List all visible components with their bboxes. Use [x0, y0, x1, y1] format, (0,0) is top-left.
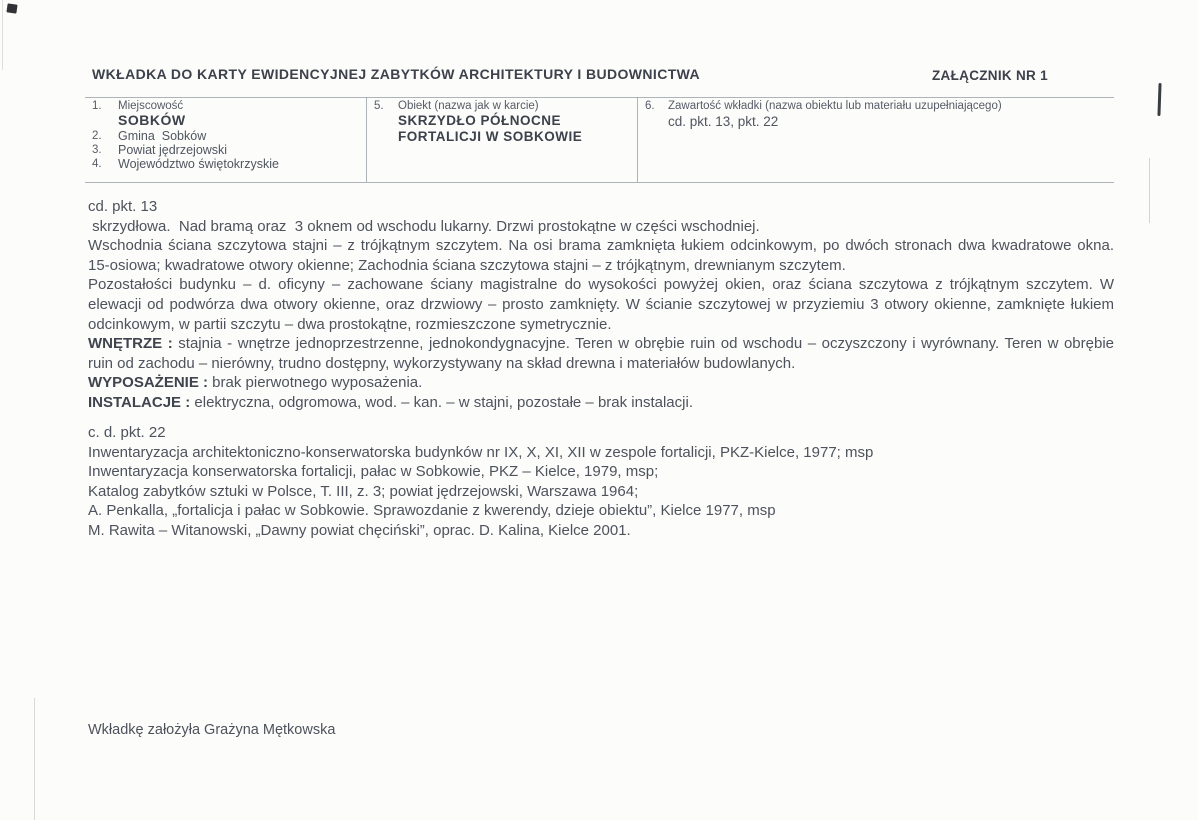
scanned-document-page: WKŁADKA DO KARTY EWIDENCYJNEJ ZABYTKÓW A… — [0, 0, 1198, 820]
table-divider-1 — [366, 97, 367, 182]
scan-page-edge-right — [1149, 158, 1150, 223]
bibliography-line: Inwentaryzacja konserwatorska fortalicji… — [88, 462, 1114, 482]
text-line-wyposazenie: WYPOSAŻENIE : brak pierwotnego wyposażen… — [88, 373, 1114, 393]
field-number-obiekt: 5. — [374, 100, 384, 112]
bibliography-line: A. Penkalla, „fortalicja i pałac w Sobko… — [88, 501, 1114, 521]
field-label-obiekt: Obiekt (nazwa jak w karcie) — [398, 100, 539, 112]
text-line: Pozostałości budynku – d. oficyny – zach… — [88, 275, 1114, 295]
field-number-zawartosc: 6. — [645, 100, 655, 112]
text-line-instalacje: INSTALACJE : elektryczna, odgromowa, wod… — [88, 393, 1114, 413]
field-wojewodztwo: Województwo świętokrzyskie — [118, 157, 279, 171]
wyposazenie-label: WYPOSAŻENIE : — [88, 374, 208, 391]
scan-page-edge-bottom-left — [34, 698, 35, 820]
text-line: ruin od zachodu – nierówny, trudno dostę… — [88, 354, 1114, 374]
field-number-wojewodztwo: 4. — [92, 158, 102, 170]
section-22-heading: c. d. pkt. 22 — [88, 423, 1114, 443]
table-divider-2 — [637, 97, 638, 182]
text-line: elewacji od podwórza dwa otwory okienne,… — [88, 295, 1114, 315]
text-line-wnetrze: WNĘTRZE : stajnia - wnętrze jednoprzestr… — [88, 334, 1114, 354]
bibliography-line: M. Rawita – Witanowski, „Dawny powiat ch… — [88, 521, 1114, 541]
field-number-powiat: 3. — [92, 144, 102, 156]
text-line: 15-osiowa; kwadratowe otwory okienne; Za… — [88, 256, 1114, 276]
scan-page-edge-top-left — [2, 0, 3, 70]
section-pkt-13: cd. pkt. 13 skrzydłowa. Nad bramą oraz 3… — [88, 197, 1114, 413]
field-number-miejscowosc: 1. — [92, 100, 102, 112]
wnetrze-label: WNĘTRZE : — [88, 335, 173, 352]
section-pkt-22: c. d. pkt. 22 Inwentaryzacja architekton… — [88, 423, 1114, 541]
section-13-heading: cd. pkt. 13 — [88, 197, 1114, 217]
field-number-gmina: 2. — [92, 130, 102, 142]
text-line: skrzydłowa. Nad bramą oraz 3 oknem od ws… — [88, 217, 1114, 237]
attachment-label: ZAŁĄCZNIK NR 1 — [932, 68, 1048, 83]
insert-author-note: Wkładkę założyła Grażyna Mętkowska — [88, 722, 335, 738]
field-gmina: Gmina Sobków — [118, 129, 206, 143]
field-value-obiekt-line1: SKRZYDŁO PÓŁNOCNE — [398, 113, 561, 128]
document-title: WKŁADKA DO KARTY EWIDENCYJNEJ ZABYTKÓW A… — [92, 66, 700, 82]
field-value-obiekt-line2: FORTALICJI W SOBKOWIE — [398, 129, 582, 144]
scan-speck-top-left — [6, 3, 17, 13]
instalacje-label: INSTALACJE : — [88, 394, 190, 411]
scan-mark-right-edge — [1157, 83, 1161, 116]
field-value-zawartosc: cd. pkt. 13, pkt. 22 — [668, 114, 778, 129]
table-bottom-border — [85, 182, 1114, 183]
field-powiat: Powiat jędrzejowski — [118, 143, 227, 157]
field-label-miejscowosc: Miejscowość — [118, 100, 183, 112]
table-top-border — [85, 97, 1114, 98]
field-value-miejscowosc: SOBKÓW — [118, 112, 186, 128]
text-line: odcinkowym, w partii szczytu – dwa prost… — [88, 315, 1114, 335]
text-line: Wschodnia ściana szczytowa stajni – z tr… — [88, 236, 1114, 256]
bibliography-line: Katalog zabytków sztuki w Polsce, T. III… — [88, 482, 1114, 502]
bibliography-line: Inwentaryzacja architektoniczno-konserwa… — [88, 443, 1114, 463]
field-label-zawartosc: Zawartość wkładki (nazwa obiektu lub mat… — [668, 100, 1002, 112]
